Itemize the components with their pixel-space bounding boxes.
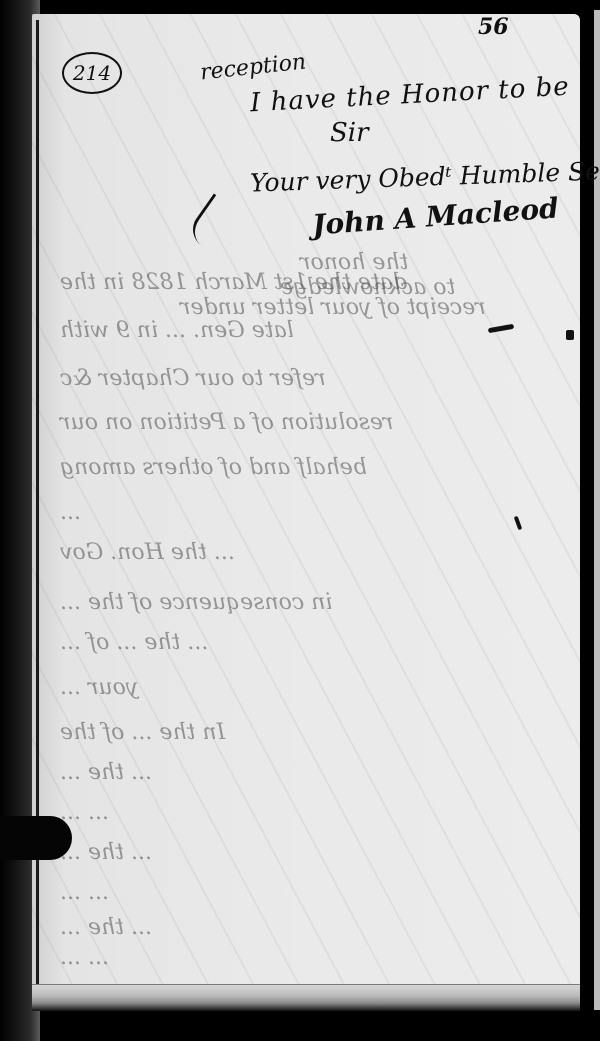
bleed-line: behalf and of others among [60,455,367,480]
bleed-line: your ... [60,675,138,700]
bleed-line: refer to our Chapter &c [60,366,326,391]
bleed-line: resolution of a Petition on our [60,410,393,435]
bleed-line: ... the ... of ... [60,630,208,655]
bleed-line: in consequence of the ... [60,590,332,615]
bleed-line: ... the ... [60,840,152,865]
binding-edge-line [36,20,39,1010]
bleed-line: late Gen. ... in 9 with [60,318,294,343]
bleed-line: ... ... [60,800,109,825]
bleed-line: ... the Hon. Gov [60,540,235,565]
closing-line-sir: Sir [330,118,369,148]
bleed-line: ... ... [60,880,109,905]
ink-dot-mark [566,330,574,340]
bleed-line: receipt of your letter under [180,295,486,320]
folio-number: 214 [62,52,122,94]
bleed-line: ... [60,500,81,525]
bleed-line: ... the ... [60,915,152,940]
bleed-line: date the 1st March 1828 in the [60,270,407,295]
bleed-line: ... the ... [60,760,152,785]
bleed-line: In the ... of the [60,720,225,745]
corner-page-mark: 56 [478,14,509,40]
page-bottom-edge [32,984,580,1011]
bleed-line: ... ... [60,945,109,970]
